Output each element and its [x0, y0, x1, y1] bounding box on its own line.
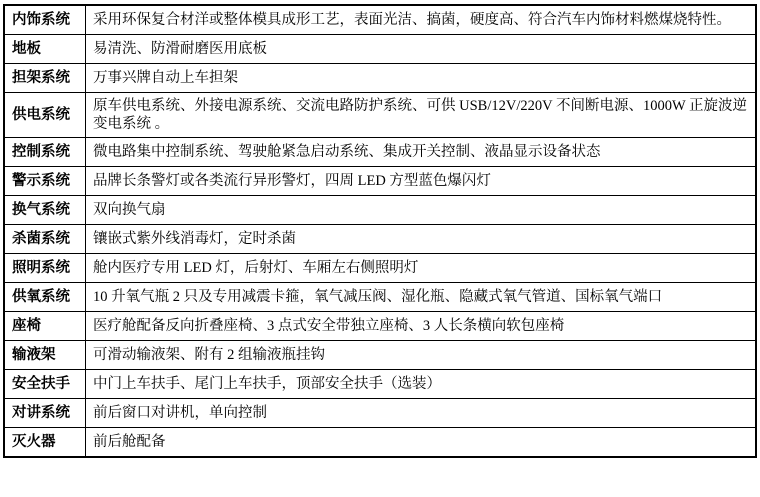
spec-label: 供氧系统	[4, 283, 86, 312]
table-row: 控制系统微电路集中控制系统、驾驶舱紧急启动系统、集成开关控制、液晶显示设备状态	[4, 138, 756, 167]
table-row: 灭火器前后舱配备	[4, 428, 756, 458]
spec-table-body: 内饰系统采用环保复合材洋或整体模具成形工艺，表面光洁、搞菌，硬度高、符合汽车内饰…	[4, 5, 756, 457]
spec-label: 输液架	[4, 341, 86, 370]
table-row: 座椅医疗舱配备反向折叠座椅、3 点式安全带独立座椅、3 人长条横向软包座椅	[4, 312, 756, 341]
spec-value: 微电路集中控制系统、驾驶舱紧急启动系统、集成开关控制、液晶显示设备状态	[86, 138, 757, 167]
spec-value: 原车供电系统、外接电源系统、交流电路防护系统、可供 USB/12V/220V 不…	[86, 93, 757, 138]
spec-value: 前后舱配备	[86, 428, 757, 458]
spec-label: 杀菌系统	[4, 225, 86, 254]
spec-value: 中门上车扶手、尾门上车扶手，顶部安全扶手（选装）	[86, 370, 757, 399]
spec-value: 双向换气扇	[86, 196, 757, 225]
spec-label: 安全扶手	[4, 370, 86, 399]
table-row: 换气系统双向换气扇	[4, 196, 756, 225]
spec-value: 万事兴牌自动上车担架	[86, 64, 757, 93]
spec-label: 座椅	[4, 312, 86, 341]
spec-value: 医疗舱配备反向折叠座椅、3 点式安全带独立座椅、3 人长条横向软包座椅	[86, 312, 757, 341]
spec-label: 控制系统	[4, 138, 86, 167]
spec-label: 警示系统	[4, 167, 86, 196]
spec-value: 10 升氧气瓶 2 只及专用减震卡箍，氧气减压阀、湿化瓶、隐藏式氧气管道、国标氧…	[86, 283, 757, 312]
table-row: 警示系统品牌长条警灯或各类流行异形警灯，四周 LED 方型蓝色爆闪灯	[4, 167, 756, 196]
spec-label: 换气系统	[4, 196, 86, 225]
table-row: 对讲系统前后窗口对讲机，单向控制	[4, 399, 756, 428]
spec-label: 灭火器	[4, 428, 86, 458]
spec-value: 品牌长条警灯或各类流行异形警灯，四周 LED 方型蓝色爆闪灯	[86, 167, 757, 196]
table-row: 地板易清洗、防滑耐磨医用底板	[4, 35, 756, 64]
spec-label: 对讲系统	[4, 399, 86, 428]
spec-label: 地板	[4, 35, 86, 64]
spec-value: 易清洗、防滑耐磨医用底板	[86, 35, 757, 64]
table-row: 担架系统万事兴牌自动上车担架	[4, 64, 756, 93]
table-row: 安全扶手中门上车扶手、尾门上车扶手，顶部安全扶手（选装）	[4, 370, 756, 399]
spec-value: 舱内医疗专用 LED 灯，后射灯、车厢左右侧照明灯	[86, 254, 757, 283]
spec-label: 供电系统	[4, 93, 86, 138]
spec-value: 前后窗口对讲机，单向控制	[86, 399, 757, 428]
table-row: 杀菌系统镶嵌式紫外线消毒灯，定时杀菌	[4, 225, 756, 254]
spec-label: 担架系统	[4, 64, 86, 93]
table-row: 供电系统原车供电系统、外接电源系统、交流电路防护系统、可供 USB/12V/22…	[4, 93, 756, 138]
spec-label: 照明系统	[4, 254, 86, 283]
spec-value: 可滑动输液架、附有 2 组输液瓶挂钩	[86, 341, 757, 370]
table-row: 照明系统舱内医疗专用 LED 灯，后射灯、车厢左右侧照明灯	[4, 254, 756, 283]
table-row: 内饰系统采用环保复合材洋或整体模具成形工艺，表面光洁、搞菌，硬度高、符合汽车内饰…	[4, 5, 756, 35]
spec-value: 镶嵌式紫外线消毒灯，定时杀菌	[86, 225, 757, 254]
vehicle-spec-table: 内饰系统采用环保复合材洋或整体模具成形工艺，表面光洁、搞菌，硬度高、符合汽车内饰…	[3, 4, 757, 458]
table-row: 供氧系统10 升氧气瓶 2 只及专用减震卡箍，氧气减压阀、湿化瓶、隐藏式氧气管道…	[4, 283, 756, 312]
table-row: 输液架可滑动输液架、附有 2 组输液瓶挂钩	[4, 341, 756, 370]
spec-value: 采用环保复合材洋或整体模具成形工艺，表面光洁、搞菌，硬度高、符合汽车内饰材料燃煤…	[86, 5, 757, 35]
spec-label: 内饰系统	[4, 5, 86, 35]
